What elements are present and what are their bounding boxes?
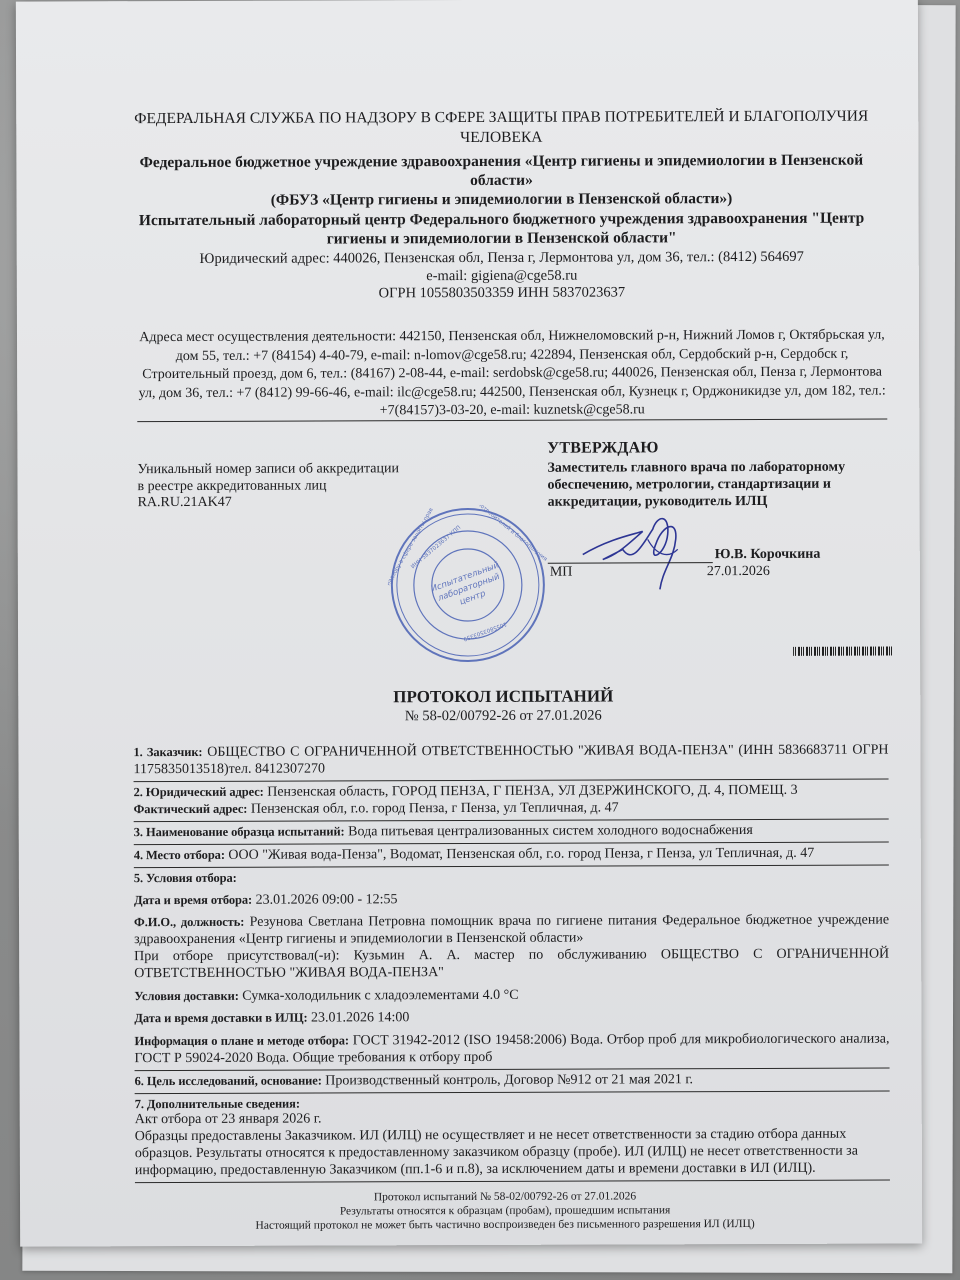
official-stamp-icon: Испытательный лабораторный центр по надз… [388, 505, 549, 666]
sample-name-value: Вода питьевая централизованных систем хо… [348, 823, 753, 839]
legal-address-value: Пензенская область, ГОРОД ПЕНЗА, Г ПЕНЗА… [267, 782, 797, 799]
approval-role: Заместитель главного врача по лабораторн… [547, 459, 887, 511]
signature-icon [578, 509, 718, 599]
additional-info-text: Образцы предоставлены Заказчиком. ИЛ (ИЛ… [135, 1127, 890, 1180]
ogrn-inn: ОГРН 1055803503359 ИНН 5837023637 [117, 284, 887, 304]
sampling-conditions-label: 5. Условия отбора: [134, 867, 889, 886]
svg-text:1055803503359: 1055803503359 [462, 620, 507, 642]
sampler-value: Резунова Светлана Петровна помощник врач… [134, 913, 889, 947]
document-page: ФЕДЕРАЛЬНАЯ СЛУЖБА ПО НАДЗОРУ В СФЕРЕ ЗА… [16, 0, 922, 1247]
actual-address-value: Пензенская обл, г.о. город Пенза, г Пенз… [251, 801, 619, 817]
activity-sites: Адреса мест осуществления деятельности: … [137, 327, 887, 422]
section-purpose: 6. Цель исследований, основание: Произво… [135, 1068, 890, 1093]
sampling-place-label: 4. Место отбора: [134, 848, 225, 862]
section-customer: 1. Заказчик: ОБЩЕСТВО С ОГРАНИЧЕННОЙ ОТВ… [133, 740, 888, 782]
purpose-value: Производственный контроль, Договор №912 … [325, 1072, 693, 1088]
footer-reproduction-note: Настоящий протокол не может быть частичн… [120, 1217, 890, 1234]
customer-label: 1. Заказчик: [133, 745, 202, 759]
institution-name: Федеральное бюджетное учреждение здравоо… [116, 151, 886, 211]
section-sample-name: 3. Наименование образца испытаний: Вода … [134, 820, 889, 845]
seal-place-label: МП [550, 565, 573, 581]
institution-short: (ФБУЗ «Центр гигиены и эпидемиологии в П… [116, 189, 886, 211]
protocol-sections: 1. Заказчик: ОБЩЕСТВО С ОГРАНИЧЕННОЙ ОТВ… [133, 740, 890, 1183]
legal-address: Юридический адрес: 440026, Пензенская об… [117, 249, 887, 269]
sampling-datetime-label: Дата и время отбора: [134, 892, 252, 906]
legal-address-block: Юридический адрес: 440026, Пензенская об… [117, 249, 887, 304]
sampling-datetime-value: 23.01.2026 09:00 - 12:55 [256, 892, 398, 907]
customer-value: ОБЩЕСТВО С ОГРАНИЧЕННОЙ ОТВЕТСТВЕННОСТЬЮ… [133, 743, 888, 777]
protocol-title: ПРОТОКОЛ ИСПЫТАНИЙ [118, 686, 888, 709]
section-sampling-conditions: 5. Условия отбора: Дата и время отбора: … [134, 865, 890, 1071]
approval-title: УТВЕРЖДАЮ [547, 439, 887, 457]
accreditation-block: Уникальный номер записи об аккредитации … [137, 461, 437, 512]
purpose-label: 6. Цель исследований, основание: [135, 1073, 322, 1088]
delivery-conditions-value: Сумка-холодильник с хладоэлементами 4.0 … [242, 987, 518, 1003]
approval-date: 27.01.2026 [707, 564, 770, 580]
section-address: 2. Юридический адрес: Пензенская область… [134, 779, 889, 822]
signer-name: Ю.В. Корочкина [715, 547, 821, 563]
section-additional-info: 7. Дополнительные сведения: Акт отбора о… [135, 1091, 890, 1183]
sampler-label: Ф.И.О., должность: [134, 915, 244, 929]
barcode-icon [793, 647, 893, 656]
accreditation-line-2: в реестре аккредитованных лиц [137, 478, 437, 496]
sampling-present: При отборе присутствовал(-и): Кузьмин А.… [134, 947, 889, 983]
section-sampling-place: 4. Место отбора: ООО "Живая вода-Пенза",… [134, 843, 889, 868]
actual-address-label: Фактический адрес: [134, 802, 248, 816]
sample-name-label: 3. Наименование образца испытаний: [134, 825, 345, 840]
institution-full: Федеральное бюджетное учреждение здравоо… [116, 151, 886, 192]
delivery-conditions-label: Условия доставки: [134, 988, 239, 1002]
page-footer: Протокол испытаний № 58-02/00792-26 от 2… [120, 1189, 890, 1234]
legal-address-label: 2. Юридический адрес: [134, 784, 264, 798]
sampling-method-label: Информация о плане и методе отбора: [134, 1034, 349, 1049]
lab-center-name: Испытательный лабораторный центр Федерал… [117, 209, 887, 250]
accreditation-line-1: Уникальный номер записи об аккредитации [137, 461, 437, 479]
sampling-place-value: ООО "Живая вода-Пенза", Водомат, Пензенс… [228, 846, 814, 863]
delivery-datetime-value: 23.01.2026 14:00 [311, 1011, 409, 1026]
protocol-number: № 58-02/00792-26 от 27.01.2026 [118, 707, 888, 727]
delivery-datetime-label: Дата и время доставки в ИЛЦ: [134, 1011, 307, 1026]
agency-name: ФЕДЕРАЛЬНАЯ СЛУЖБА ПО НАДЗОРУ В СФЕРЕ ЗА… [116, 107, 886, 150]
approval-block: УТВЕРЖДАЮ Заместитель главного врача по … [547, 439, 887, 511]
page-content: ФЕДЕРАЛЬНАЯ СЛУЖБА ПО НАДЗОРУ В СФЕРЕ ЗА… [116, 0, 886, 1]
